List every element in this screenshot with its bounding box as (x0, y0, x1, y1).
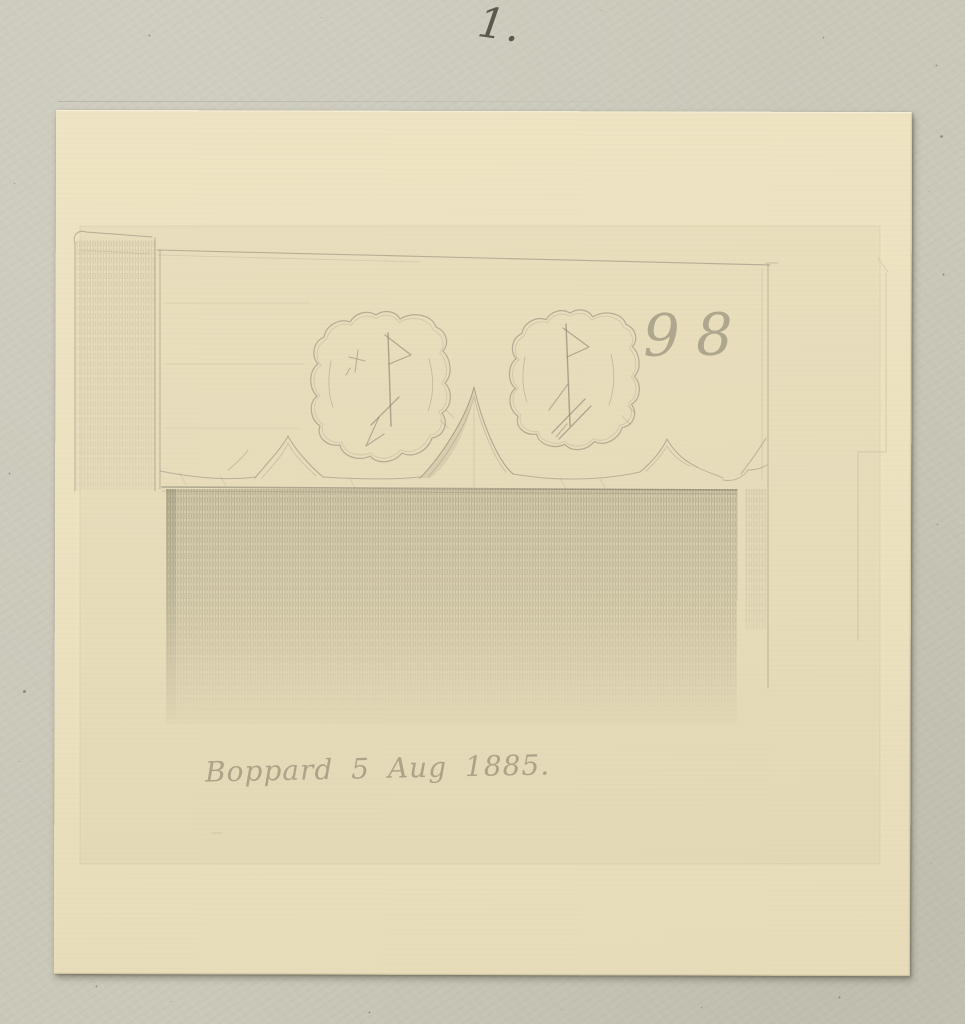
drawing-sheet (54, 110, 912, 976)
mount-speckles (0, 0, 3, 3)
page-number-label: 1. (475, 0, 525, 52)
mount-board: 1. 98 Boppard 5 Aug 1885. (0, 0, 965, 1024)
faint-mount-line (58, 101, 658, 102)
stone-number-label: 98 (642, 300, 749, 370)
